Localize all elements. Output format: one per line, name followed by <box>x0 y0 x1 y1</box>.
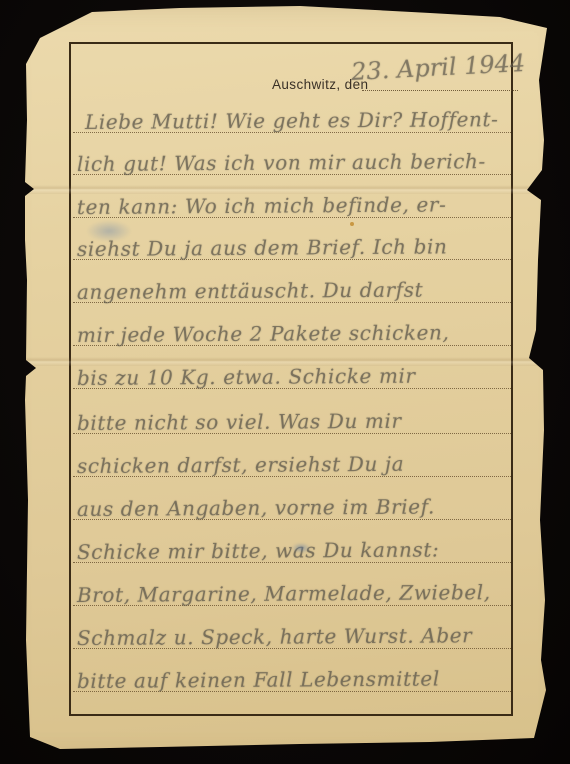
handwritten-line: Brot, Margarine, Marmelade, Zwiebel, <box>77 580 491 607</box>
handwritten-line: aus den Angaben, vorne im Brief. <box>77 495 435 521</box>
paper-speck <box>350 222 354 226</box>
ruled-line-row: Schmalz u. Speck, harte Wurst. Aber <box>73 606 511 649</box>
ruled-line-row: bitte auf keinen Fall Lebensmittel <box>73 649 511 692</box>
ruled-line-row: Liebe Mutti! Wie geht es Dir? Hoffent- <box>73 90 511 133</box>
ruled-line-row: aus den Angaben, vorne im Brief. <box>73 477 511 520</box>
handwritten-line: Liebe Mutti! Wie geht es Dir? Hoffent- <box>85 107 499 134</box>
handwritten-line: bitte auf keinen Fall Lebensmittel <box>77 666 440 693</box>
handwritten-line: ten kann: Wo ich mich befinde, er- <box>77 192 447 219</box>
ruled-line-row: bitte nicht so viel. Was Du mir <box>73 391 511 434</box>
ruled-line-row: Brot, Margarine, Marmelade, Zwiebel, <box>73 563 511 606</box>
handwritten-line: bis zu 10 Kg. etwa. Schicke mir <box>77 364 416 390</box>
handwritten-line: Schicke mir bitte, was Du kannst: <box>77 537 440 564</box>
letter-paper: Auschwitz, den 23. April 1944 Liebe Mutt… <box>0 0 570 764</box>
handwritten-line: lich gut! Was ich von mir auch berich- <box>77 149 486 176</box>
ruled-line-row: angenehm enttäuscht. Du darfst <box>73 260 511 303</box>
ruled-line-row: siehst Du ja aus dem Brief. Ich bin <box>73 217 511 260</box>
ruled-line-row: bis zu 10 Kg. etwa. Schicke mir <box>73 346 511 389</box>
ruled-line-row: Schicke mir bitte, was Du kannst: <box>73 520 511 563</box>
ruled-line-row: mir jede Woche 2 Pakete schicken, <box>73 303 511 346</box>
handwritten-line: schicken darfst, ersiehst Du ja <box>77 452 404 478</box>
handwritten-line: siehst Du ja aus dem Brief. Ich bin <box>77 234 448 261</box>
ruled-line-row: lich gut! Was ich von mir auch berich- <box>73 132 511 175</box>
handwritten-line: angenehm enttäuscht. Du darfst <box>77 278 423 304</box>
handwritten-line: Schmalz u. Speck, harte Wurst. Aber <box>77 623 473 650</box>
ruled-line-row: ten kann: Wo ich mich befinde, er- <box>73 175 511 218</box>
ruled-line-row: schicken darfst, ersiehst Du ja <box>73 434 511 477</box>
handwritten-line: mir jede Woche 2 Pakete schicken, <box>77 320 450 347</box>
handwritten-line: bitte nicht so viel. Was Du mir <box>77 409 402 435</box>
